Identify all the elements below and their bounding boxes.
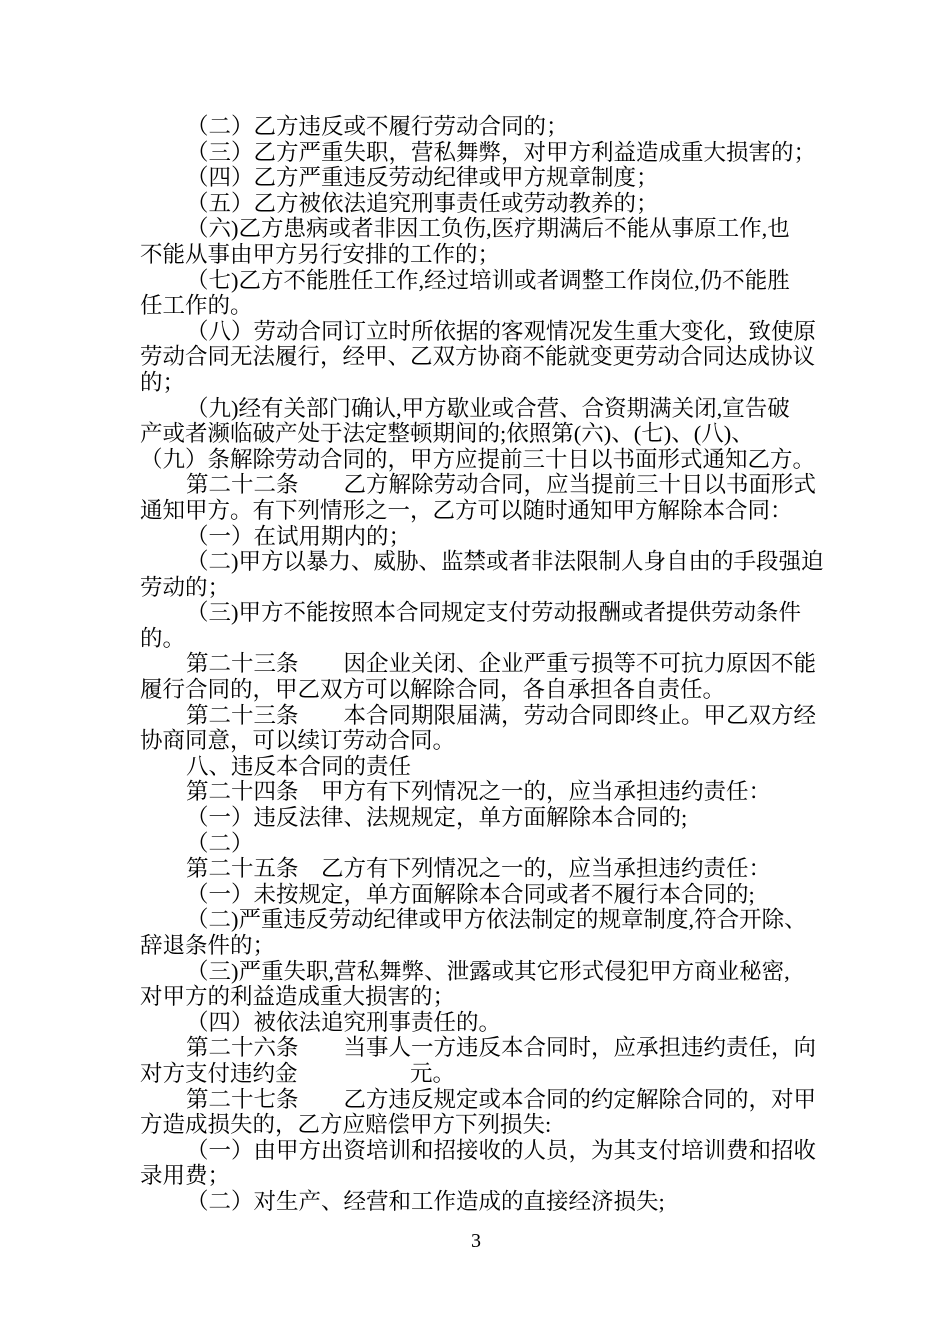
page-footer: 3 [140,1229,812,1253]
text-line: 辞退条件的； [140,933,820,959]
text-line: （四）被依法追究刑事责任的。 [140,1010,820,1036]
text-line: （五）乙方被依法追究刑事责任或劳动教养的； [140,191,820,217]
text-line: （二） [140,831,820,857]
text-line: 通知甲方。有下列情形之一，乙方可以随时通知甲方解除本合同： [140,498,820,524]
text-line: 劳动合同无法履行，经甲、乙双方协商不能就变更劳动合同达成协议 [140,344,820,370]
text-line: 第二十七条 乙方违反规定或本合同的约定解除合同的，对甲 [140,1087,820,1113]
document-body: （二）乙方违反或不履行劳动合同的；（三）乙方严重失职，营私舞弊，对甲方利益造成重… [140,114,820,1215]
text-line: 第二十六条 当事人一方违反本合同时，应承担违约责任，向 [140,1035,820,1061]
text-line: （八）劳动合同订立时所依据的客观情况发生重大变化，致使原 [140,319,820,345]
text-line: 录用费； [140,1163,820,1189]
text-line: 方造成损失的，乙方应赔偿甲方下列损失: [140,1112,820,1138]
text-line: （六)乙方患病或者非因工负伤,医疗期满后不能从事原工作,也 [140,216,820,242]
text-line: 不能从事由甲方另行安排的工作的； [140,242,820,268]
page-number: 3 [471,1229,481,1253]
text-line: （四）乙方严重违反劳动纪律或甲方规章制度； [140,165,820,191]
text-line: 履行合同的，甲乙双方可以解除合同，各自承担各自责任。 [140,677,820,703]
text-line: （一）违反法律、法规规定，单方面解除本合同的; [140,805,820,831]
text-line: （九）条解除劳动合同的，甲方应提前三十日以书面形式通知乙方。 [140,447,820,473]
text-line: 的。 [140,626,820,652]
text-line: （一）由甲方出资培训和招接收的人员，为其支付培训费和招收 [140,1138,820,1164]
text-line: （九)经有关部门确认,甲方歇业或合营、合资期满关闭,宣告破 [140,396,820,422]
text-line: 劳动的； [140,575,820,601]
text-line: （二)甲方以暴力、威胁、监禁或者非法限制人身自由的手段强迫 [140,549,820,575]
text-line: （二）乙方违反或不履行劳动合同的； [140,114,820,140]
text-line: 的； [140,370,820,396]
text-line: 第二十二条 乙方解除劳动合同，应当提前三十日以书面形式 [140,472,820,498]
text-line: 产或者濒临破产处于法定整顿期间的;依照第(六)、(七)、(八)、 [140,421,820,447]
text-line: （三）乙方严重失职，营私舞弊，对甲方利益造成重大损害的； [140,140,820,166]
text-line: （一）未按规定，单方面解除本合同或者不履行本合同的; [140,882,820,908]
text-line: 八、违反本合同的责任 [140,754,820,780]
text-line: 第二十三条 本合同期限届满，劳动合同即终止。甲乙双方经 [140,703,820,729]
text-line: （三)甲方不能按照本合同规定支付劳动报酬或者提供劳动条件 [140,600,820,626]
text-line: （二)严重违反劳动纪律或甲方依法制定的规章制度,符合开除、 [140,907,820,933]
text-line: 对方支付违约金 元。 [140,1061,820,1087]
document-page: （二）乙方违反或不履行劳动合同的；（三）乙方严重失职，营私舞弊，对甲方利益造成重… [0,0,950,1344]
text-line: （三)严重失职,营私舞弊、泄露或其它形式侵犯甲方商业秘密, [140,959,820,985]
text-line: 任工作的。 [140,293,820,319]
text-line: （一）在试用期内的； [140,524,820,550]
text-line: 第二十三条 因企业关闭、企业严重亏损等不可抗力原因不能 [140,651,820,677]
text-line: （七)乙方不能胜任工作,经过培训或者调整工作岗位,仍不能胜 [140,268,820,294]
text-line: 对甲方的利益造成重大损害的； [140,984,820,1010]
text-line: 协商同意，可以续订劳动合同。 [140,728,820,754]
text-line: 第二十四条 甲方有下列情况之一的，应当承担违约责任： [140,779,820,805]
text-line: 第二十五条 乙方有下列情况之一的，应当承担违约责任： [140,856,820,882]
text-line: （二）对生产、经营和工作造成的直接经济损失; [140,1189,820,1215]
